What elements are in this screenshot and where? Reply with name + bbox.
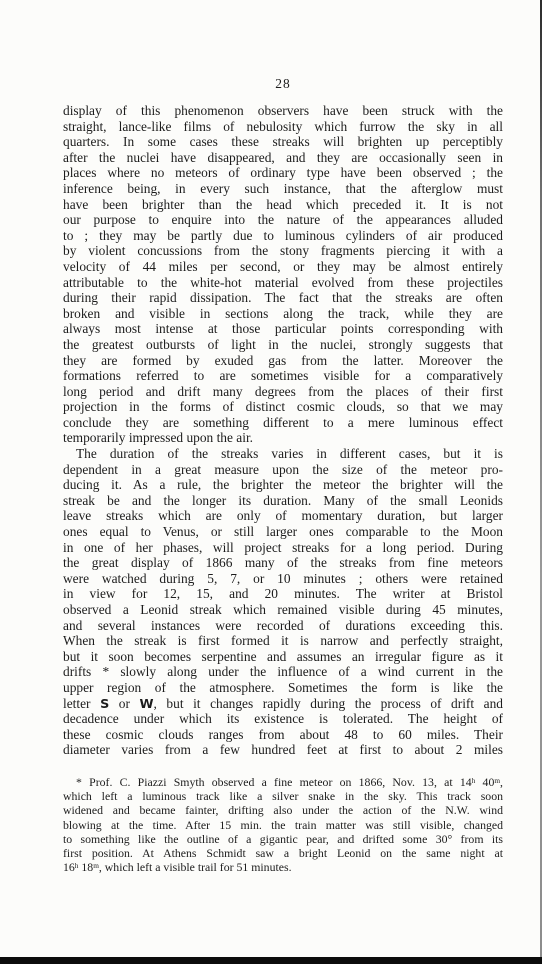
text-line: places where no meteors of ordinary type… — [63, 165, 503, 181]
text-line: long period and drift many degrees from … — [63, 384, 503, 400]
footnote-line: which left a luminous track like a silve… — [63, 789, 503, 803]
text-line: conclude they are something different to… — [63, 415, 503, 431]
text-line: our purpose to enquire into the nature o… — [63, 212, 503, 228]
text-line: after the nuclei have disappeared, and t… — [63, 150, 503, 166]
text-line: broken and visible in sections along the… — [63, 306, 503, 322]
text-line: during their rapid dissipation. The fact… — [63, 290, 503, 306]
text-line: observed a Leonid streak which remained … — [63, 602, 503, 618]
text-line: inference being, in every such instance,… — [63, 181, 503, 197]
text-line: were watched during 5, 7, or 10 minutes … — [63, 571, 503, 587]
text-line: to ; they may be partly due to luminous … — [63, 228, 503, 244]
text-line: in view for 12, 15, and 20 minutes. The … — [63, 586, 503, 602]
text-line: drifts * slowly along under the influenc… — [63, 664, 503, 680]
text-line: ducing it. As a rule, the brighter the m… — [63, 477, 503, 493]
footnote-line: to something like the outline of a gigan… — [63, 832, 503, 846]
text-line: velocity of 44 miles per second, or they… — [63, 259, 503, 275]
text-line: these cosmic clouds ranges from about 48… — [63, 727, 503, 743]
text-line: The duration of the streaks varies in di… — [63, 446, 503, 462]
text-line: display of this phenomenon observers hav… — [63, 103, 503, 119]
scan-edge-bottom — [0, 957, 542, 964]
paragraph-1: display of this phenomenon observers hav… — [63, 103, 503, 446]
text-line: in one of her phases, will project strea… — [63, 540, 503, 556]
text-line: quarters. In some cases these streaks wi… — [63, 134, 503, 150]
text-line: decadence under which its existence is t… — [63, 711, 503, 727]
footnote-line: blowing at the time. After 15 min. the t… — [63, 818, 503, 832]
book-page: 28 display of this phenomenon observers … — [0, 0, 542, 964]
text-line: formations referred to are sometimes vis… — [63, 368, 503, 384]
paragraph-2: The duration of the streaks varies in di… — [63, 446, 503, 758]
text-line: always most intense at those particular … — [63, 321, 503, 337]
footnote-line: 16h 18m, which left a visible trail for … — [63, 860, 503, 874]
text-line: streak be and the longer its duration. M… — [63, 493, 503, 509]
text-line: ones equal to Venus, or still larger one… — [63, 524, 503, 540]
text-line: projection in the forms of distinct cosm… — [63, 399, 503, 415]
text-line: by violent concussions from the stony fr… — [63, 243, 503, 259]
text-line: straight, lance-like films of nebulosity… — [63, 119, 503, 135]
footnote: * Prof. C. Piazzi Smyth observed a fine … — [63, 775, 503, 874]
text-line: When the streak is first formed it is na… — [63, 633, 503, 649]
text-line: diameter varies from a few hundred feet … — [63, 742, 503, 758]
footnote-line: first position. At Athens Schmidt saw a … — [63, 846, 503, 860]
text-line: leave streaks which are only of momentar… — [63, 508, 503, 524]
footnote-line: * Prof. C. Piazzi Smyth observed a fine … — [63, 775, 503, 789]
text-line: letter S or W, but it changes rapidly du… — [63, 696, 503, 712]
text-line: the great display of 1866 many of the st… — [63, 555, 503, 571]
page-number: 28 — [63, 76, 503, 92]
text-line: the greatest outbursts of light in the n… — [63, 337, 503, 353]
text-line: but it soon becomes serpentine and assum… — [63, 649, 503, 665]
text-line: have been brighter than the head which p… — [63, 197, 503, 213]
main-text: display of this phenomenon observers hav… — [63, 103, 503, 874]
text-line: they are formed by exuded gas from the l… — [63, 353, 503, 369]
footnote-line: widened and became fainter, drifting als… — [63, 803, 503, 817]
text-line: temporarily impressed upon the air. — [63, 430, 503, 446]
text-line: upper region of the atmosphere. Sometime… — [63, 680, 503, 696]
text-line: attributable to the white-hot material e… — [63, 275, 503, 291]
text-line: dependent in a great measure upon the si… — [63, 462, 503, 478]
text-line: and several instances were recorded of d… — [63, 618, 503, 634]
